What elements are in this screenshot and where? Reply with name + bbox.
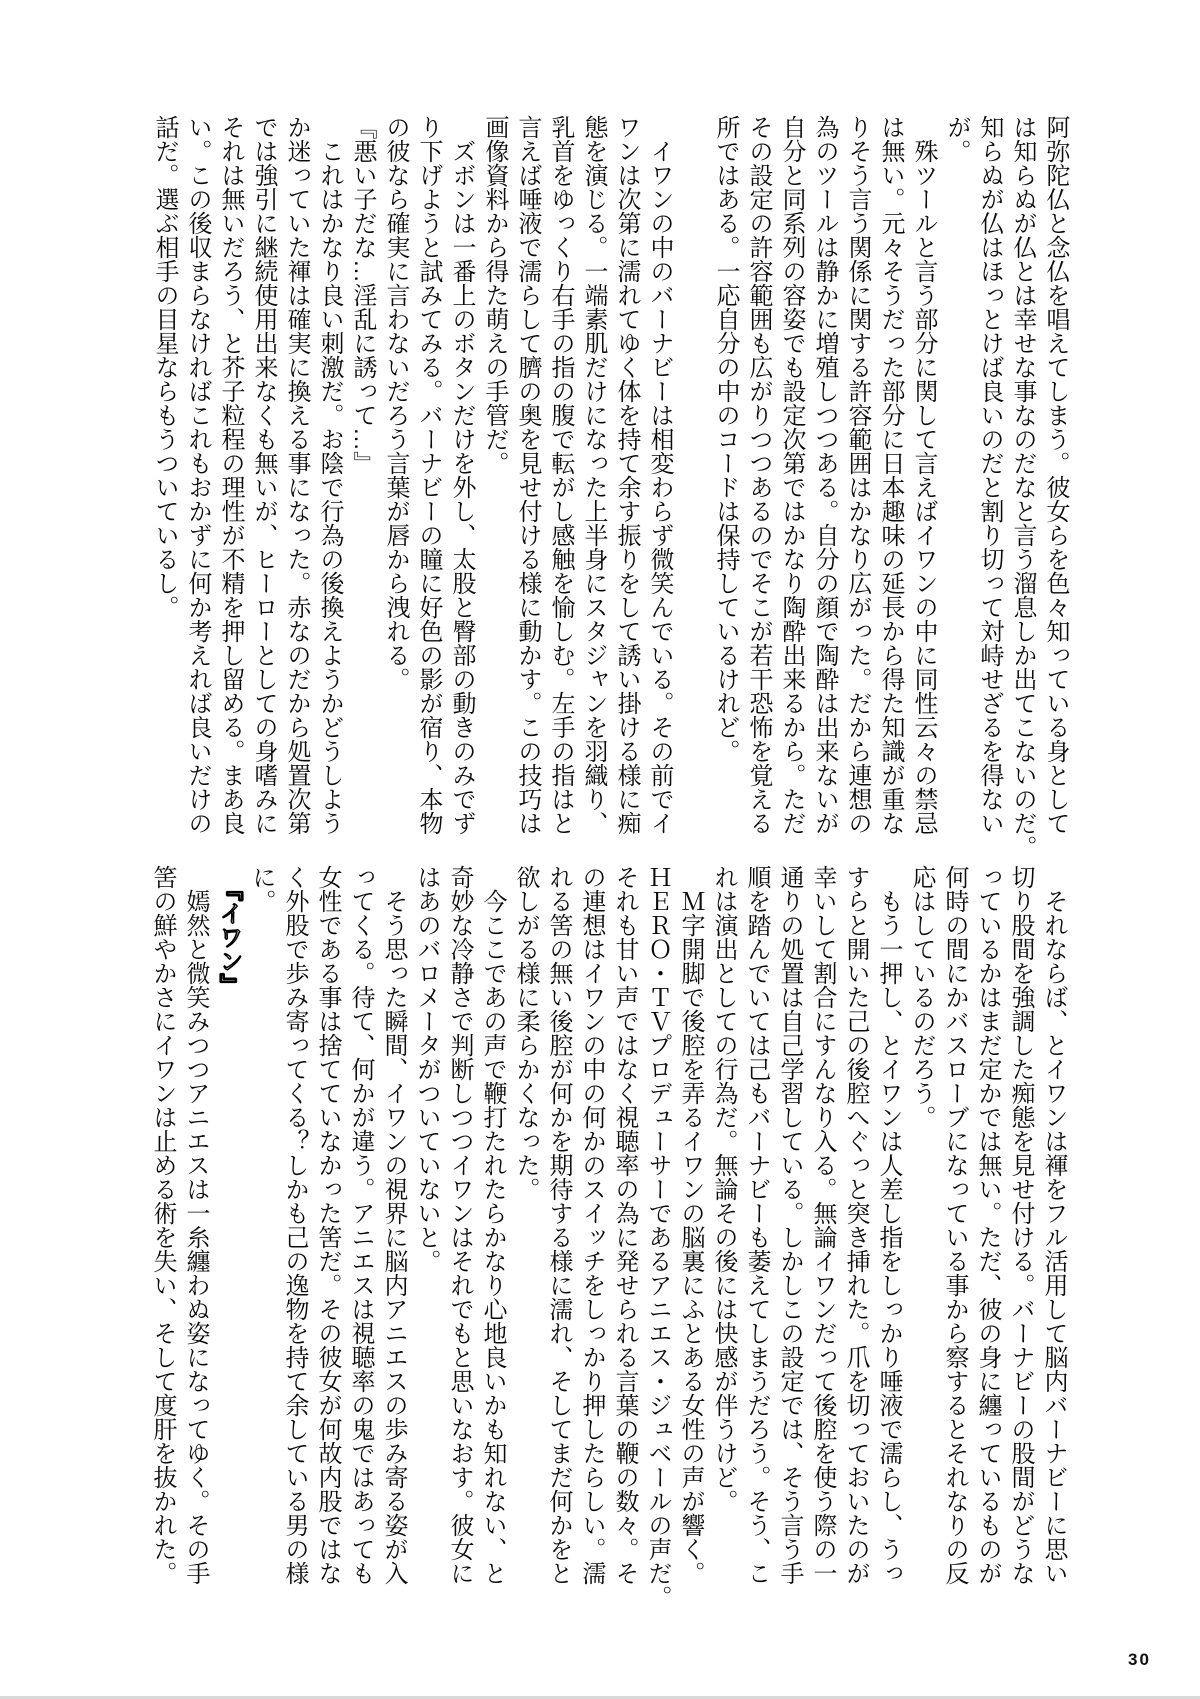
text-line: っているかはまだ定かでは無い。ただ、彼の身に纏っているものが bbox=[971, 865, 1004, 1621]
text-line: 今ここであの声で鞭打たれたらかなり心地良いかも知れない、と bbox=[476, 865, 509, 1621]
text-line: では強引に継続使用出来なくも無いが、ヒーローとしての身嗜みに bbox=[247, 115, 280, 871]
text-line: は無い。元々そうだった部分に日本趣味の延長から得た知識が重な bbox=[874, 115, 907, 871]
text-line: 女性である事は捨てていなかった筈だ。その彼女が何故内股ではな bbox=[311, 865, 344, 1621]
text-line: 切り股間を強調した痴態を見せ付ける。バーナビーの股間がどうな bbox=[1004, 865, 1037, 1621]
text-block-bottom: それならば、とイワンは褌をフル活用して脳内バーナビーに思い 切り股間を強調した痴… bbox=[146, 865, 1070, 1621]
text-line: もう一押し、とイワンは人差し指をしっかり唾液で濡らし、うっ bbox=[872, 865, 905, 1621]
dialogue-line: 『悪い子だな…淫乱に誘って…』 bbox=[346, 115, 379, 871]
text-line: すらと開いた己の後腔へぐっと突き挿れた。爪を切っておいたのが bbox=[839, 865, 872, 1621]
dialogue-line-outlined: 『イワン』 bbox=[212, 865, 245, 1621]
text-line: の彼なら確実に言わないだろう言葉が唇から洩れる。 bbox=[379, 115, 412, 871]
text-line: に。 bbox=[245, 865, 278, 1621]
text-line: 為のツールは静かに増殖しつつある。自分の顔で陶酔は出来ないが bbox=[808, 115, 841, 871]
text-line: その設定の許容範囲も広がりつつあるのでそこが若干恐怖を覚える bbox=[742, 115, 775, 871]
blank-line bbox=[676, 115, 709, 871]
text-line: 言えば唾液で濡らして臍の奥を見せ付ける様に動かす。この技巧は bbox=[511, 115, 544, 871]
text-line: 筈の鮮やかさにイワンは止める術を失い、そして度肝を抜かれた。 bbox=[146, 865, 179, 1621]
text-line: い。この後収まらなければこれもおかずに何か考えれば良いだけの bbox=[181, 115, 214, 871]
text-line: Ｍ字開脚で後腔を弄るイワンの脳裏にふとある女性の声が響く。 bbox=[674, 865, 707, 1621]
text-line: 通りの処置は自己学習している。しかしこの設定では、そう言う手 bbox=[773, 865, 806, 1621]
text-line: 話だ。選ぶ相手の目星ならもうついているし。 bbox=[148, 115, 181, 871]
text-line: 殊ツールと言う部分に関して言えばイワンの中に同性云々の禁忌 bbox=[907, 115, 940, 871]
text-line: ズボンは一番上のボタンだけを外し、太股と臀部の動きのみでず bbox=[445, 115, 478, 871]
text-line: 嫣然と微笑みつつアニエスは一糸纏わぬ姿になってゆく。その手 bbox=[179, 865, 212, 1621]
text-line: ワンは次第に濡れてゆく体を持て余す振りをして誘い掛ける様に痴 bbox=[610, 115, 643, 871]
text-line: れる筈の無い後腔が何かを期待する様に濡れ、そしてまだ何かをと bbox=[542, 865, 575, 1621]
text-line: く外股で歩み寄ってくる？しかも己の逸物を持て余している男の様 bbox=[278, 865, 311, 1621]
text-line: 幸いして割合にすんなり入る。無論イワンだって後腔を使う際の一 bbox=[806, 865, 839, 1621]
text-line: 応はしているのだろう。 bbox=[905, 865, 938, 1621]
text-line: それならば、とイワンは褌をフル活用して脳内バーナビーに思い bbox=[1037, 865, 1070, 1621]
text-line: 順を踏んでいては己もバーナビーも萎えてしまうだろう。そう、こ bbox=[740, 865, 773, 1621]
text-line: 何時の間にかバスローブになっている事から察するとそれなりの反 bbox=[938, 865, 971, 1621]
text-line: これはかなり良い刺激だ。お陰で行為の後換えようかどうしよう bbox=[313, 115, 346, 871]
text-line: か迷っていた褌は確実に換える事になった。赤なのだから処置次第 bbox=[280, 115, 313, 871]
text-line: の連想はイワンの中の何かのスイッチをしっかり押したらしい。濡 bbox=[575, 865, 608, 1621]
text-line: 態を演じる。一端素肌だけになった上半身にスタジャンを羽織り、 bbox=[577, 115, 610, 871]
text-line: り下げようと試みてみる。バーナビーの瞳に好色の影が宿り、本物 bbox=[412, 115, 445, 871]
text-line: それも甘い声ではなく視聴率の為に発せられる言葉の鞭の数々。そ bbox=[608, 865, 641, 1621]
text-line: りそう言う関係に関する許容範囲はかなり広がった。だから連想の bbox=[841, 115, 874, 871]
text-line: 欲しがる様に柔らかくなった。 bbox=[509, 865, 542, 1621]
text-line: れは演出としての行為だ。無論その後には快感が伴うけど。 bbox=[707, 865, 740, 1621]
text-line: そう思った瞬間、イワンの視界に脳内アニエスの歩み寄る姿が入 bbox=[377, 865, 410, 1621]
text-block-top: 阿弥陀仏と念仏を唱えてしまう。彼女らを色々知っている身として は知らぬが仏とは幸… bbox=[148, 115, 1072, 871]
text-line: ＨＥＲＯ・ＴＶプロデューサーであるアニエス・ジュベールの声だ。 bbox=[641, 865, 674, 1621]
text-line: 阿弥陀仏と念仏を唱えてしまう。彼女らを色々知っている身として bbox=[1039, 115, 1072, 871]
text-line: 自分と同系列の容姿でも設定次第ではかなり陶酔出来るから。ただ bbox=[775, 115, 808, 871]
scanned-book-page: 阿弥陀仏と念仏を唱えてしまう。彼女らを色々知っている身として は知らぬが仏とは幸… bbox=[0, 0, 1200, 1699]
text-line: ってくる。待て、何かが違う。アニエスは視聴率の鬼ではあっても bbox=[344, 865, 377, 1621]
text-line: 所ではある。一応自分の中のコードは保持しているけれど。 bbox=[709, 115, 742, 871]
text-line: 乳首をゆっくり右手の指の腹で転がし感触を愉しむ。左手の指はと bbox=[544, 115, 577, 871]
text-line: が。 bbox=[940, 115, 973, 871]
text-line: 奇妙な冷静さで判断しつつイワンはそれでもと思いなおす。彼女に bbox=[443, 865, 476, 1621]
text-line: イワンの中のバーナビーは相変わらず微笑んでいる。その前でイ bbox=[643, 115, 676, 871]
text-line: 知らぬが仏はほっとけば良いのだと割り切って対峙せざるを得ない bbox=[973, 115, 1006, 871]
page-number: 30 bbox=[1128, 1650, 1151, 1670]
text-line: それは無いだろう、と芥子粒程の理性が不精を押し留める。まあ良 bbox=[214, 115, 247, 871]
text-line: は知らぬが仏とは幸せな事なのだなと言う溜息しか出てこないのだ。 bbox=[1006, 115, 1039, 871]
text-line: はあのバロメータがついていないと。 bbox=[410, 865, 443, 1621]
text-line: 画像資料から得た萌えの手管だ。 bbox=[478, 115, 511, 871]
